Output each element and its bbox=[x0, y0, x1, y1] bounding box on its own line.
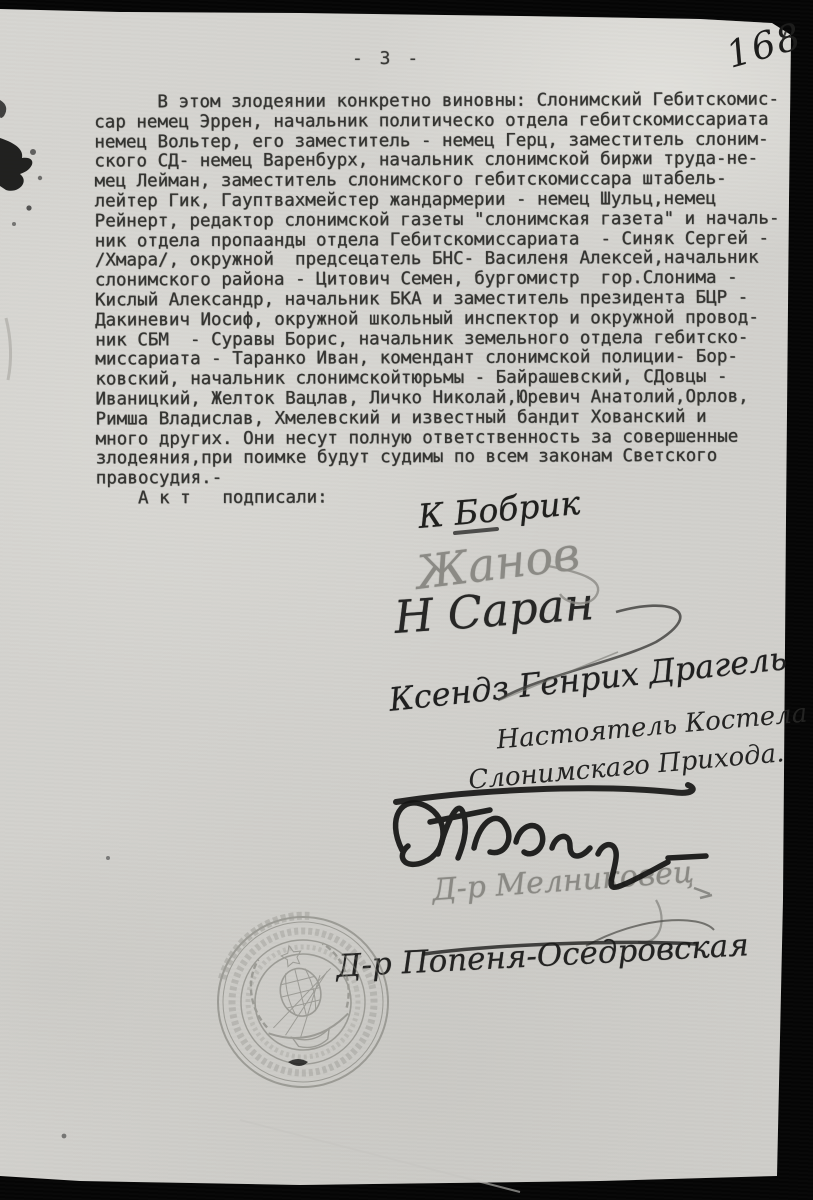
typed-line: злодеяния,при поимке будут судимы по все… bbox=[96, 447, 796, 470]
page-number: - 3 - bbox=[352, 48, 421, 69]
typewritten-paragraph: В этом злодеянии конкретно виновны: Слон… bbox=[94, 90, 796, 509]
scanned-document-page: - 3 - 168 В этом злодеянии конкретно вин… bbox=[0, 0, 813, 1200]
